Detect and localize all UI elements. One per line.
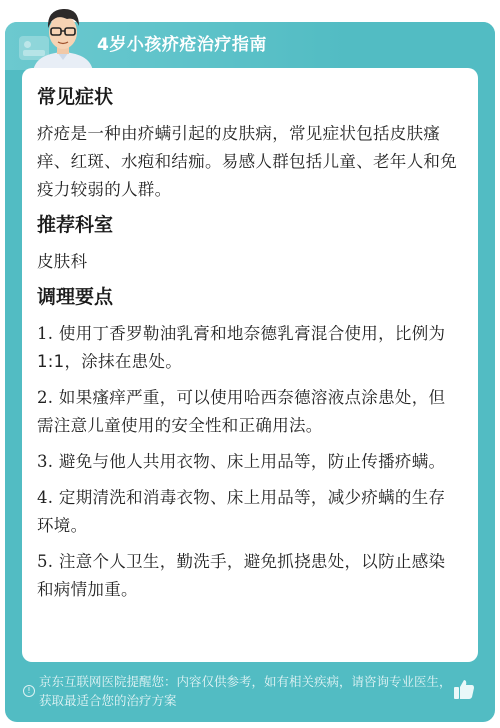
care-point-item: 2. 如果瘙痒严重，可以使用哈西奈德溶液点涂患处，但需注意儿童使用的安全性和正确…	[37, 384, 458, 440]
item-text: 使用丁香罗勒油乳膏和地奈德乳膏混合使用，比例为1:1，涂抹在患处。	[37, 324, 445, 371]
section-title-department: 推荐科室	[37, 212, 458, 238]
symptoms-text: 疥疮是一种由疥螨引起的皮肤病，常见症状包括皮肤瘙痒、红斑、水疱和结痂。易感人群包…	[37, 120, 458, 204]
item-text: 定期清洗和消毒衣物、床上用品等，减少疥螨的生存环境。	[37, 488, 445, 535]
content-card: 常见症状 疥疮是一种由疥螨引起的皮肤病，常见症状包括皮肤瘙痒、红斑、水疱和结痂。…	[22, 68, 478, 662]
care-point-item: 4. 定期清洗和消毒衣物、床上用品等，减少疥螨的生存环境。	[37, 484, 458, 540]
item-text: 避免与他人共用衣物、床上用品等，防止传播疥螨。	[59, 452, 445, 471]
disclaimer-text: 京东互联网医院提醒您：内容仅供参考，如有相关疾病，请咨询专业医生，获取最适合您的…	[39, 674, 452, 708]
item-number: 5.	[37, 552, 53, 571]
info-icon: !	[23, 685, 35, 697]
care-point-item: 3. 避免与他人共用衣物、床上用品等，防止传播疥螨。	[37, 448, 458, 476]
section-title-care-points: 调理要点	[37, 284, 458, 310]
doctor-avatar-icon	[27, 2, 99, 72]
item-number: 2.	[37, 388, 53, 407]
department-text: 皮肤科	[37, 248, 458, 276]
item-number: 4.	[37, 488, 53, 507]
item-number: 3.	[37, 452, 53, 471]
page-title: 4岁小孩疥疮治疗指南	[97, 32, 267, 58]
care-point-item: 1. 使用丁香罗勒油乳膏和地奈德乳膏混合使用，比例为1:1，涂抹在患处。	[37, 320, 458, 376]
care-point-item: 5. 注意个人卫生，勤洗手，避免抓挠患处，以防止感染和病情加重。	[37, 548, 458, 604]
item-text: 如果瘙痒严重，可以使用哈西奈德溶液点涂患处，但需注意儿童使用的安全性和正确用法。	[37, 388, 445, 435]
item-number: 1.	[37, 324, 53, 343]
guide-container: 4岁小孩疥疮治疗指南 常见症状 疥疮是一种由疥螨引起的皮肤病，常见症状包括皮肤瘙…	[5, 22, 495, 722]
item-text: 注意个人卫生，勤洗手，避免抓挠患处，以防止感染和病情加重。	[37, 552, 445, 599]
section-title-symptoms: 常见症状	[37, 84, 458, 110]
thumbs-up-icon[interactable]	[453, 678, 475, 700]
disclaimer-footer: ! 京东互联网医院提醒您：内容仅供参考，如有相关疾病，请咨询专业医生，获取最适合…	[23, 672, 463, 710]
